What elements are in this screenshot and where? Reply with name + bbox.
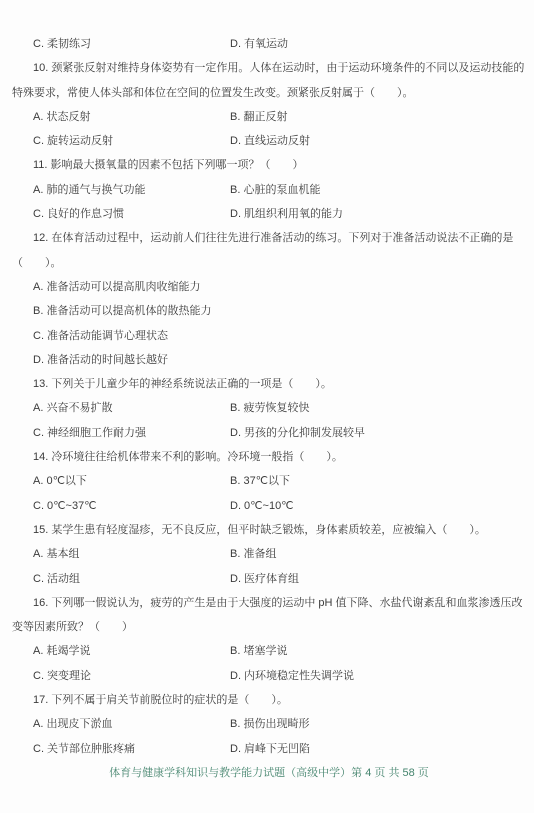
question-14-option-d: D. 0℃~10℃ <box>230 494 294 518</box>
question-15-stem: 15. 某学生患有轻度湿疹，无不良反应，但平时缺乏锻炼，身体素质较差，应被编入（… <box>12 518 526 542</box>
question-14-option-row-cd: C. 0℃~37℃ D. 0℃~10℃ <box>12 494 526 518</box>
question-10-option-d: D. 直线运动反射 <box>230 129 310 153</box>
question-10-option-row-cd: C. 旋转运动反射 D. 直线运动反射 <box>12 129 526 153</box>
question-17-option-row-ab: A. 出现皮下淤血 B. 损伤出现畸形 <box>12 712 526 736</box>
question-16-option-row-ab: A. 耗竭学说 B. 堵塞学说 <box>12 639 526 663</box>
question-12-option-c: C. 准备活动能调节心理状态 <box>12 324 526 348</box>
question-17-option-d: D. 肩峰下无凹陷 <box>230 737 310 761</box>
question-15-option-row-cd: C. 活动组 D. 医疗体育组 <box>12 567 526 591</box>
question-14-option-b: B. 37℃以下 <box>230 469 290 493</box>
question-16-stem-line-1: 16. 下列哪一假说认为，疲劳的产生是由于大强度的运动中 pH 值下降、水盐代谢… <box>12 591 526 615</box>
question-16-stem-line-2: 变等因素所致？（ ） <box>12 615 526 639</box>
question-12-stem-line-1: 12. 在体育活动过程中，运动前人们往往先进行准备活动的练习。下列对于准备活动说… <box>12 226 526 250</box>
question-15-option-a: A. 基本组 <box>33 548 79 560</box>
exam-document-page: C. 柔韧练习 D. 有氧运动 10. 颈紧张反射对维持身体姿势有一定作用。人体… <box>0 0 534 813</box>
page-footer: 体育与健康学科知识与教学能力试题（高级中学）第 4 页 共 58 页 <box>12 761 526 785</box>
question-9-option-d: D. 有氧运动 <box>230 32 288 56</box>
question-17-stem: 17. 下列不属于肩关节前脱位时的症状的是（ ）。 <box>12 688 526 712</box>
question-10-stem-line-1: 10. 颈紧张反射对维持身体姿势有一定作用。人体在运动时，由于运动环境条件的不同… <box>12 56 526 80</box>
question-13-option-row-ab: A. 兴奋不易扩散 B. 疲劳恢复较快 <box>12 396 526 420</box>
question-15-option-d: D. 医疗体育组 <box>230 567 299 591</box>
question-16-option-b: B. 堵塞学说 <box>230 639 287 663</box>
question-14-stem: 14. 冷环境往往给机体带来不利的影响。冷环境一般指（ ）。 <box>12 445 526 469</box>
question-12-option-b: B. 准备活动可以提高机体的散热能力 <box>12 299 526 323</box>
question-11-stem: 11. 影响最大摄氧量的因素不包括下列哪一项？（ ） <box>12 153 526 177</box>
question-11-option-b: B. 心脏的泵血机能 <box>230 178 320 202</box>
question-17-option-row-cd: C. 关节部位肿胀疼痛 D. 肩峰下无凹陷 <box>12 737 526 761</box>
question-15-option-row-ab: A. 基本组 B. 准备组 <box>12 542 526 566</box>
question-12-option-a: A. 准备活动可以提高肌肉收缩能力 <box>12 275 526 299</box>
question-14-option-c: C. 0℃~37℃ <box>33 500 97 512</box>
question-16-option-d: D. 内环境稳定性失调学说 <box>230 664 354 688</box>
question-13-option-row-cd: C. 神经细胞工作耐力强 D. 男孩的分化抑制发展较早 <box>12 421 526 445</box>
question-17-option-c: C. 关节部位肿胀疼痛 <box>33 743 135 755</box>
question-10-option-c: C. 旋转运动反射 <box>33 135 113 147</box>
question-12-stem-line-2: （ ）。 <box>12 251 526 275</box>
question-13-option-d: D. 男孩的分化抑制发展较早 <box>230 421 365 445</box>
question-13-option-b: B. 疲劳恢复较快 <box>230 396 309 420</box>
question-16-option-a: A. 耗竭学说 <box>33 645 90 657</box>
question-14-option-row-ab: A. 0℃以下 B. 37℃以下 <box>12 469 526 493</box>
question-16-option-row-cd: C. 突变理论 D. 内环境稳定性失调学说 <box>12 664 526 688</box>
question-13-option-c: C. 神经细胞工作耐力强 <box>33 427 146 439</box>
question-15-option-b: B. 准备组 <box>230 542 276 566</box>
question-13-option-a: A. 兴奋不易扩散 <box>33 402 112 414</box>
question-17-option-b: B. 损伤出现畸形 <box>230 712 309 736</box>
question-15-option-c: C. 活动组 <box>33 573 80 585</box>
question-16-option-c: C. 突变理论 <box>33 670 91 682</box>
question-14-option-a: A. 0℃以下 <box>33 475 87 487</box>
question-10-stem-line-2: 特殊要求，常使人体头部和体位在空间的位置发生改变。颈紧张反射属于（ ）。 <box>12 81 526 105</box>
question-13-stem: 13. 下列关于儿童少年的神经系统说法正确的一项是（ ）。 <box>12 372 526 396</box>
question-10-option-b: B. 翻正反射 <box>230 105 287 129</box>
question-11-option-row-cd: C. 良好的作息习惯 D. 肌组织利用氧的能力 <box>12 202 526 226</box>
question-17-option-a: A. 出现皮下淤血 <box>33 718 112 730</box>
question-9-option-c: C. 柔韧练习 <box>33 38 91 50</box>
question-11-option-row-ab: A. 肺的通气与换气功能 B. 心脏的泵血机能 <box>12 178 526 202</box>
question-10-option-a: A. 状态反射 <box>33 111 90 123</box>
question-12-option-d: D. 准备活动的时间越长越好 <box>12 348 526 372</box>
question-11-option-a: A. 肺的通气与换气功能 <box>33 184 145 196</box>
question-11-option-d: D. 肌组织利用氧的能力 <box>230 202 343 226</box>
question-9-option-row-cd: C. 柔韧练习 D. 有氧运动 <box>12 32 526 56</box>
question-10-option-row-ab: A. 状态反射 B. 翻正反射 <box>12 105 526 129</box>
question-11-option-c: C. 良好的作息习惯 <box>33 208 124 220</box>
